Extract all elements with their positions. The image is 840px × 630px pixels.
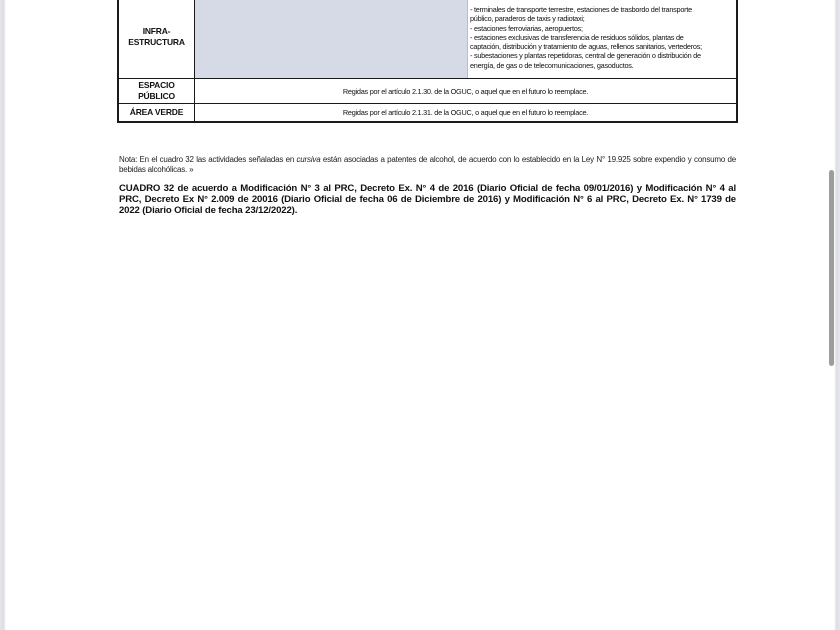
use-line: energía, de gas o de telecomunicaciones,…	[470, 61, 734, 70]
use-line: - subestaciones y plantas repetidoras, c…	[470, 51, 734, 60]
note-paragraph: Nota: En el cuadro 32 las actividades se…	[119, 155, 736, 174]
use-line: - terminales de transporte terrestre, es…	[470, 5, 734, 14]
use-line: - estaciones ferroviarias, aeropuertos;	[470, 24, 734, 33]
table-row-infraestructura: INFRA- ESTRUCTURA - terminales de transp…	[118, 0, 737, 79]
table-row-espacio-publico: ESPACIO PÚBLICO Regidas por el artículo …	[118, 79, 737, 104]
row-label-espacio-publico: ESPACIO PÚBLICO	[118, 79, 195, 104]
table-row-area-verde: ÁREA VERDE Regidas por el artículo 2.1.3…	[118, 104, 737, 123]
use-line: - estaciones exclusivas de transferencia…	[470, 33, 734, 42]
document-page: INFRA- ESTRUCTURA - terminales de transp…	[0, 0, 840, 630]
use-line: público, paraderos de taxis y radiotaxi;	[470, 14, 734, 23]
row-label-infraestructura: INFRA- ESTRUCTURA	[118, 0, 195, 79]
rule-cell-area-verde: Regidas por el artículo 2.1.31. de la OG…	[195, 104, 738, 123]
zoning-uses-table: INFRA- ESTRUCTURA - terminales de transp…	[117, 0, 738, 123]
allowed-uses-cell: - terminales de transporte terrestre, es…	[468, 0, 738, 79]
vertical-scrollbar-thumb[interactable]	[829, 170, 834, 366]
row-label-area-verde: ÁREA VERDE	[118, 104, 195, 123]
cuadro-modification-paragraph: CUADRO 32 de acuerdo a Modificación N° 3…	[119, 184, 736, 216]
use-line: captación, distribución y tratamiento de…	[470, 42, 734, 51]
rule-cell-espacio-publico: Regidas por el artículo 2.1.30. de la OG…	[195, 79, 738, 104]
shaded-cell	[195, 0, 468, 79]
